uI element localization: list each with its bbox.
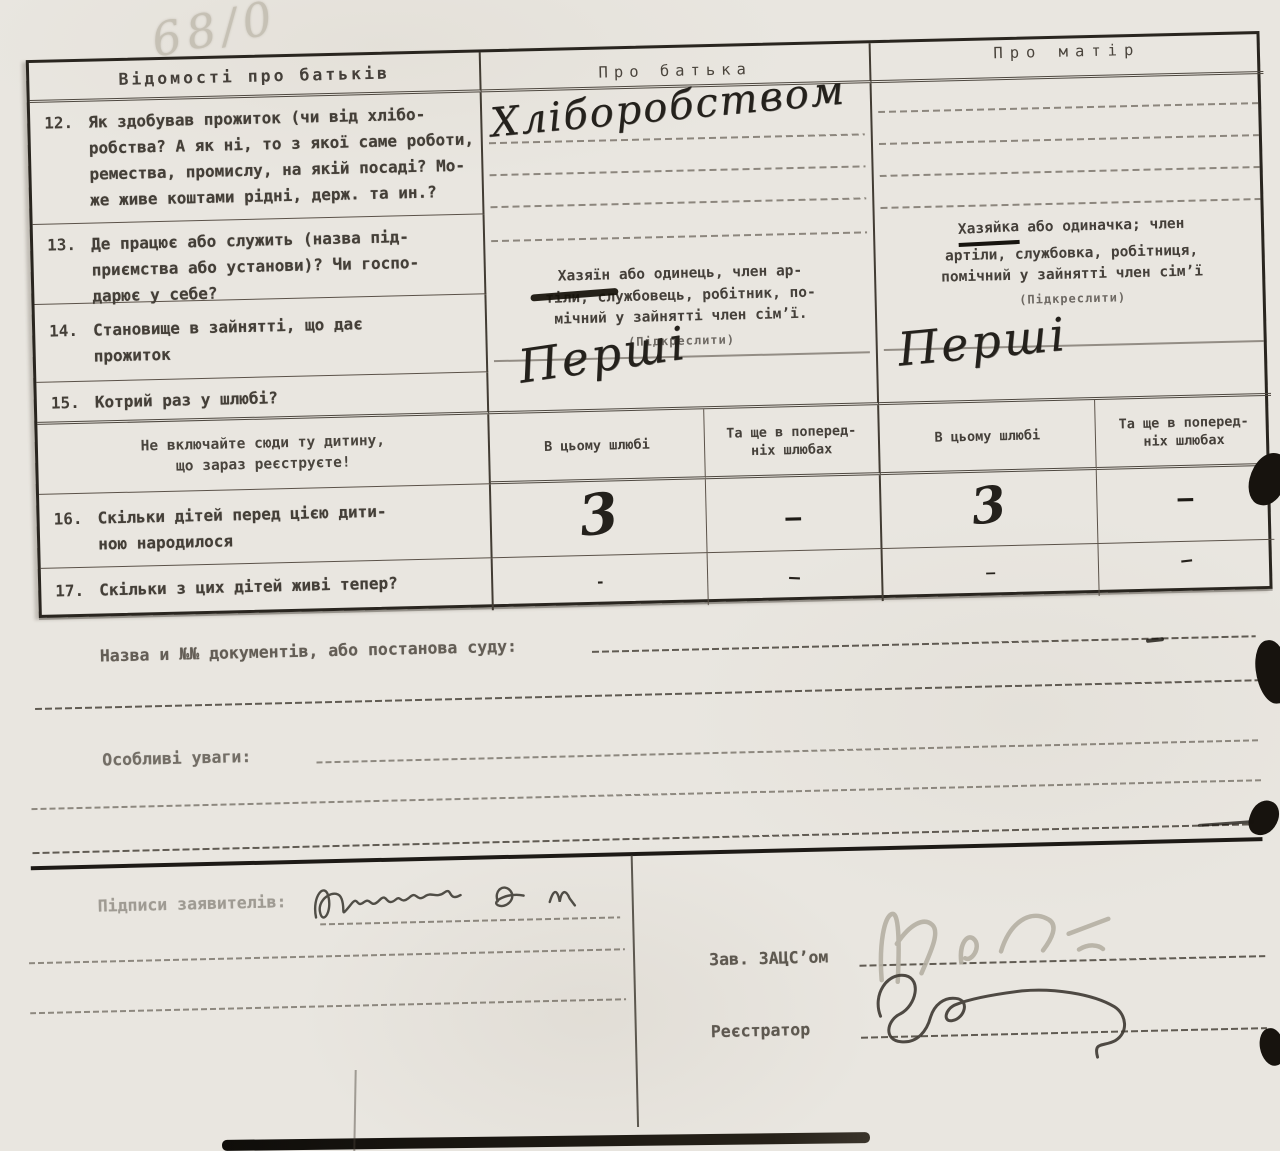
mother-this-marriage-header: В цьому шлюбі (879, 400, 1097, 475)
fill-line (35, 679, 1259, 710)
subcol-label-line: ніх шлюбах (751, 440, 833, 460)
fill-line (29, 948, 625, 964)
ruled-line (490, 197, 866, 208)
father-this-marriage-header: В цьому шлюбі (489, 409, 706, 484)
document-tilt-wrapper: 68/0 Відомості про батьків Про батька Пр… (0, 0, 1280, 1151)
question-15-number: 15. (51, 390, 81, 417)
ruled-line (880, 198, 1260, 209)
subcol-label: В цьому шлюбі (544, 435, 650, 455)
applicants-signatures-label: Підписи заявителів: (97, 892, 286, 915)
mother-marriage-handwriting: Перші (896, 307, 1070, 377)
handwritten-dash: — (785, 502, 801, 532)
handwritten-mark: — (1180, 549, 1193, 571)
handwritten-mark: – (986, 563, 995, 581)
handwritten-number: 3 (968, 474, 1010, 537)
ruled-line (880, 166, 1260, 177)
fill-line (31, 779, 1261, 810)
mother-prev-marriages-header: Та ще в поперед- ніх шлюбах (1095, 396, 1273, 470)
mother-occupation-status: Хазяйка або одиначка; член артіли, служб… (875, 212, 1269, 314)
subcol-label: В цьому шлюбі (934, 426, 1040, 446)
mother-children-prev-value: — (1097, 466, 1275, 544)
children-note: Не включайте сюди ту дитину, що зараз ре… (37, 414, 491, 495)
father-children-this-value: 3 (491, 479, 708, 558)
scanned-registry-form: 68/0 Відомості про батьків Про батька Пр… (0, 0, 1280, 1151)
fill-line (32, 823, 1262, 854)
remarks-fill-line (316, 739, 1260, 763)
father-alive-prev-value: — (708, 549, 884, 605)
ruled-line (879, 134, 1259, 145)
question-15-line: Котрий раз у шлюбі? (95, 380, 482, 415)
parents-info-table: Відомості про батьків Про батька Про мат… (26, 31, 1273, 618)
question-13: 13. Де працює або служить (назва під- пр… (33, 214, 487, 305)
documents-label: Назва и №№ документів, або постанова суд… (100, 637, 518, 666)
father-children-prev-value: — (706, 475, 883, 553)
question-14-number: 14. (49, 318, 79, 345)
fill-line (30, 998, 626, 1014)
ruled-line (878, 102, 1258, 113)
mother-alive-this-value: – (883, 544, 1100, 601)
father-prev-marriages-header: Та ще в поперед- ніх шлюбах (704, 405, 881, 479)
children-note-line: що зараз реєструєте! (176, 452, 351, 477)
handwritten-mark: — (789, 566, 801, 587)
question-14: 14. Становище в зайнятті, що дає прожито… (35, 294, 489, 383)
question-17: 17. Скільки з цих дітей живі тепер? (41, 558, 494, 621)
section-divider-rule (31, 837, 1263, 870)
handwritten-dash: — (1177, 483, 1193, 513)
mother-answers-area: Хазяйка або одиначка; член артіли, служб… (872, 74, 1271, 405)
registrar-signature-ink (849, 945, 1172, 1071)
question-16-number: 16. (53, 506, 83, 533)
subcol-label-line: ніх шлюбах (1143, 430, 1225, 450)
remarks-label: Особливі уваги: (102, 747, 251, 770)
subcol-label-line: Та ще в поперед- (726, 421, 856, 442)
registrar-label: Реєстратор (711, 1020, 811, 1041)
question-12: 12. Як здобував прожиток (чи від хлібо- … (30, 92, 485, 225)
handwritten-number: 3 (575, 479, 622, 549)
question-17-number: 17. (55, 578, 85, 605)
signature-section-divider (631, 855, 639, 1127)
question-12-number: 12. (44, 110, 74, 137)
father-alive-this-value: - (493, 553, 709, 610)
question-13-number: 13. (47, 232, 77, 259)
handwritten-mark: - (595, 573, 604, 591)
zags-head-label: Зав. ЗАЦС’ом (709, 947, 829, 969)
father-answers-area: Хліборобством Хазяїн або одинець, член а… (482, 83, 879, 414)
mother-status-line-rest: або одиначка; член (1018, 216, 1184, 236)
ruled-line (490, 165, 866, 176)
mother-alive-prev-value: — (1098, 540, 1275, 596)
mother-children-this-value: 3 (881, 470, 1099, 549)
underlined-word: Хазяйка (957, 217, 1019, 247)
question-16: 16. Скільки дітей перед цією дити- ною н… (39, 484, 493, 569)
question-17-line: Скільки з цих дітей живі тепер? (99, 568, 486, 603)
ruled-line (491, 231, 867, 242)
subcol-label-line: Та ще в поперед- (1118, 412, 1248, 433)
